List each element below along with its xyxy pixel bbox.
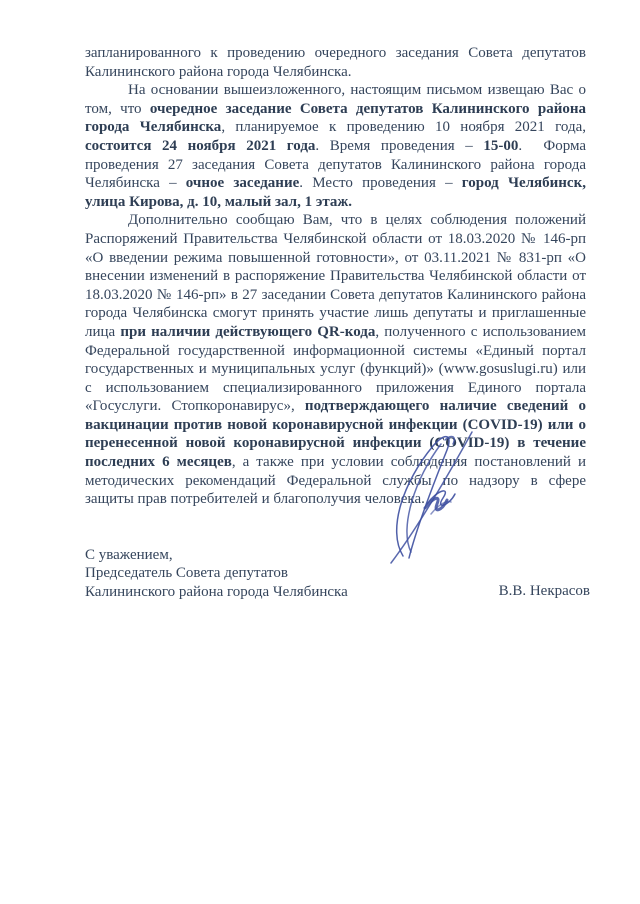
text-run-bold: 15-00	[483, 138, 518, 154]
text-run-bold: очное заседание	[186, 175, 299, 191]
text-run: Дополнительно сообщаю Вам, что в целях с…	[85, 212, 586, 340]
signer-name: В.В. Некрасов	[499, 582, 590, 601]
letter-body: запланированного к проведению очередного…	[85, 44, 586, 602]
signature-stroke	[397, 437, 449, 558]
paragraph-qr-requirements: Дополнительно сообщаю Вам, что в целях с…	[85, 211, 586, 509]
signer-title-line1: Председатель Совета депутатов	[85, 564, 586, 583]
text-run: запланированного к проведению очередного…	[85, 45, 586, 80]
text-run-bold: при наличии действующего QR-кода	[120, 324, 375, 340]
text-run: , планируемое к проведению 10 ноября 202…	[221, 119, 586, 135]
paragraph-meeting-notice: На основании вышеизложенного, настоящим …	[85, 81, 586, 211]
closing-salutation: С уважением,	[85, 546, 586, 565]
handwritten-signature-image	[385, 430, 500, 564]
document-page: запланированного к проведению очередного…	[0, 0, 640, 904]
paragraph-continuation: запланированного к проведению очередного…	[85, 44, 586, 81]
text-run: . Время проведения –	[315, 138, 483, 154]
closing-block: С уважением, Председатель Совета депутат…	[85, 546, 586, 602]
text-run: . Место проведения –	[299, 175, 462, 191]
text-run-bold: состоится 24 ноября 2021 года	[85, 138, 315, 154]
